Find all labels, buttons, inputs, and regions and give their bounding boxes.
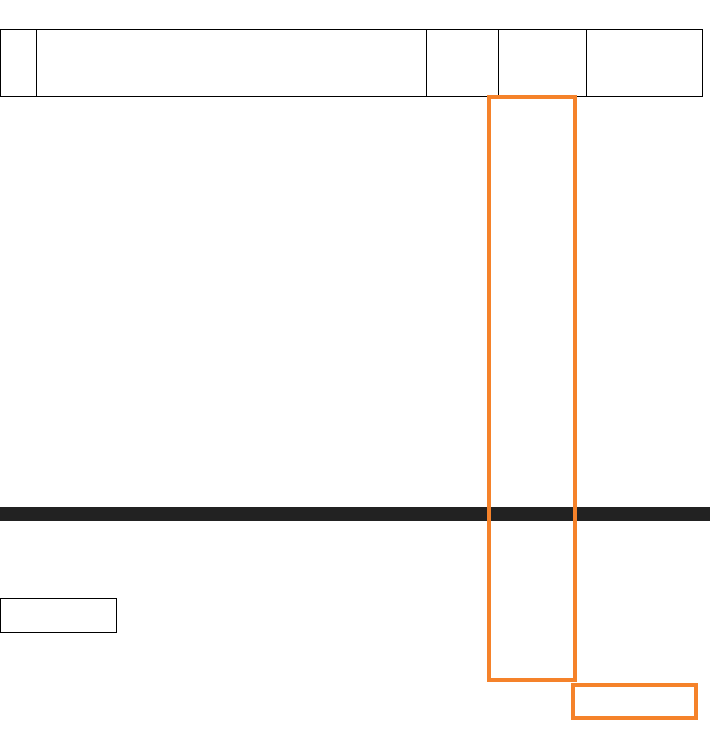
services-table-continued (0, 598, 117, 633)
header-name (37, 30, 427, 97)
price-column-highlight (487, 95, 577, 682)
header-qty (427, 30, 499, 97)
services-table (0, 29, 703, 97)
table-header-row (1, 30, 703, 97)
header-price (499, 30, 587, 97)
page-break-bar (0, 507, 710, 521)
total-row (0, 599, 117, 633)
header-num (1, 30, 37, 97)
total-value-highlight (571, 683, 698, 720)
total-value (1, 599, 117, 633)
header-total (587, 30, 703, 97)
